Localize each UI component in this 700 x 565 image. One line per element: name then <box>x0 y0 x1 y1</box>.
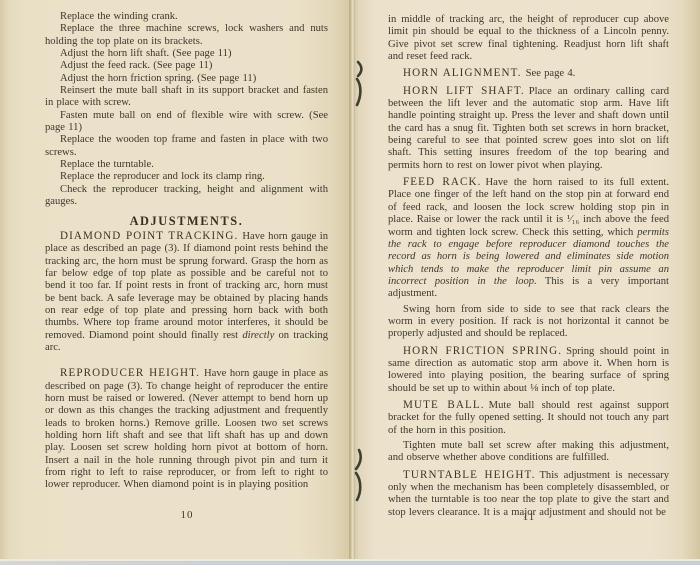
paragraph: HORN ALIGNMENT.See page 4. <box>388 67 669 80</box>
text-run: Adjust the horn friction spring. (See pa… <box>60 73 256 84</box>
paragraph: Replace the reproducer and lock its clam… <box>45 171 328 183</box>
paragraph: Adjust the horn lift shaft. (See page 11… <box>45 48 328 60</box>
paragraph: Adjust the horn friction spring. (See pa… <box>45 73 328 85</box>
text-run: Replace the three machine screws, lock w… <box>45 23 328 46</box>
text-run: Replace the wooden top frame and fasten … <box>45 134 328 157</box>
scan-edge <box>0 561 700 565</box>
paragraph: Replace the wooden top frame and fasten … <box>45 134 328 159</box>
staple-bottom-icon <box>353 448 365 502</box>
italic-run: directly <box>242 330 274 341</box>
text-run: in middle of tracking arc, the height of… <box>388 14 669 62</box>
text-run: Tighten mute ball set screw after making… <box>388 440 669 463</box>
paragraph: Replace the winding crank. <box>45 11 328 23</box>
paragraph: Replace the three machine screws, lock w… <box>45 23 328 48</box>
section-lead: DIAMOND POINT TRACKING. <box>60 230 238 242</box>
paragraph: in middle of tracking arc, the height of… <box>388 14 669 63</box>
paragraph: Adjust the feed rack. (See page 11) <box>45 60 328 72</box>
paragraph: MUTE BALL.Mute ball should rest against … <box>388 399 669 437</box>
section-lead: HORN FRICTION SPRING. <box>403 345 562 357</box>
text-run: Place an ordinary calling card between t… <box>388 86 669 171</box>
text-run: Check the reproducer tracking, height an… <box>45 184 328 207</box>
paragraph: HORN FRICTION SPRING.Spring should point… <box>388 345 669 395</box>
paragraph: Check the reproducer tracking, height an… <box>45 184 328 209</box>
paragraph: REPRODUCER HEIGHT.Have horn gauge in pla… <box>45 367 328 491</box>
page-11-text: in middle of tracking arc, the height of… <box>388 14 669 519</box>
section-lead: REPRODUCER HEIGHT. <box>60 367 200 379</box>
text-run: Have horn gauge in place as described on… <box>45 368 328 490</box>
page-number-10: 10 <box>157 509 217 521</box>
paragraph: Reinsert the mute ball shaft in its supp… <box>45 85 328 110</box>
section-lead: FEED RACK. <box>403 176 481 188</box>
text-run: Reinsert the mute ball shaft in its supp… <box>45 85 328 108</box>
section-lead: HORN ALIGNMENT. <box>403 67 522 79</box>
page-10-text: Replace the winding crank.Replace the th… <box>45 11 328 492</box>
section-lead: TURNTABLE HEIGHT. <box>403 469 535 481</box>
text-run: Replace the reproducer and lock its clam… <box>60 171 265 182</box>
staple-top-icon <box>354 60 366 108</box>
text-run: Replace the turntable. <box>60 159 154 170</box>
section-lead: HORN LIFT SHAFT. <box>403 85 525 97</box>
paragraph: Fasten mute ball on end of flexible wire… <box>45 110 328 135</box>
adjustments-heading: ADJUSTMENTS. <box>45 215 328 227</box>
text-run: Have horn gauge in place as described an… <box>45 231 328 341</box>
manual-scan: { "document": { "left_page": { "page_num… <box>0 0 700 565</box>
text-run: Replace the winding crank. <box>60 11 178 22</box>
paragraph: FEED RACK.Have the horn raised to its fu… <box>388 176 669 300</box>
paragraph: HORN LIFT SHAFT.Place an ordinary callin… <box>388 85 669 172</box>
paragraph: Replace the turntable. <box>45 159 328 171</box>
paragraph: Tighten mute ball set screw after making… <box>388 440 669 465</box>
text-run: Adjust the horn lift shaft. (See page 11… <box>60 48 232 59</box>
paragraph: DIAMOND POINT TRACKING.Have horn gauge i… <box>45 230 328 354</box>
text-run: See page 4. <box>526 68 576 79</box>
text-run: Swing horn from side to side to see that… <box>388 304 669 340</box>
section-lead: MUTE BALL. <box>403 399 485 411</box>
page-number-11: 11 <box>499 511 559 523</box>
text-run: Adjust the feed rack. (See page 11) <box>60 60 212 71</box>
text-run: Fasten mute ball on end of flexible wire… <box>45 110 328 133</box>
paragraph: Swing horn from side to side to see that… <box>388 304 669 341</box>
text-run: ADJUSTMENTS. <box>130 214 244 228</box>
